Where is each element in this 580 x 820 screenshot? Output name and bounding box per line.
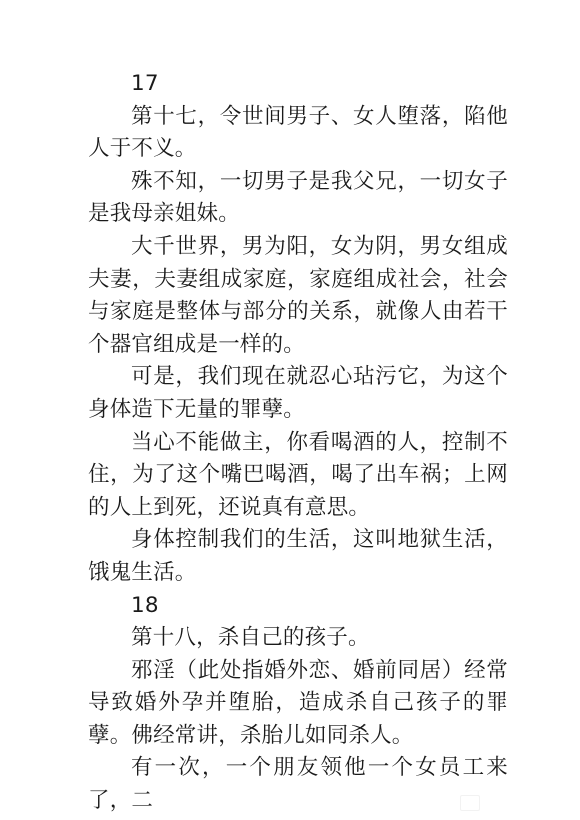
- paragraph: 殊不知，一切男子是我父兄，一切女子是我母亲姐妹。: [88, 166, 508, 231]
- paragraph: 第十八，杀自己的孩子。: [88, 622, 508, 655]
- paragraph: 第十七，令世间男子、女人堕落，陷他人于不义。: [88, 101, 508, 166]
- section-number-18: 18: [88, 590, 508, 623]
- section-number-17: 17: [88, 68, 508, 101]
- paragraph: 当心不能做主，你看喝酒的人，控制不住，为了这个嘴巴喝酒，喝了出车祸；上网的人上到…: [88, 427, 508, 525]
- document-body: 17 第十七，令世间男子、女人堕落，陷他人于不义。 殊不知，一切男子是我父兄，一…: [88, 68, 508, 818]
- paragraph: 邪淫（此处指婚外恋、婚前同居）经常导致婚外孕并堕胎，造成杀自己孩子的罪孽。佛经常…: [88, 655, 508, 753]
- watermark-icon: [460, 795, 480, 811]
- paragraph: 大千世界，男为阳，女为阴，男女组成夫妻，夫妻组成家庭，家庭组成社会，社会与家庭是…: [88, 231, 508, 361]
- paragraph: 可是，我们现在就忍心玷污它，为这个身体造下无量的罪孽。: [88, 361, 508, 426]
- paragraph: 身体控制我们的生活，这叫地狱生活，饿鬼生活。: [88, 524, 508, 589]
- paragraph: 有一次，一个朋友领他一个女员工来了，二: [88, 752, 508, 817]
